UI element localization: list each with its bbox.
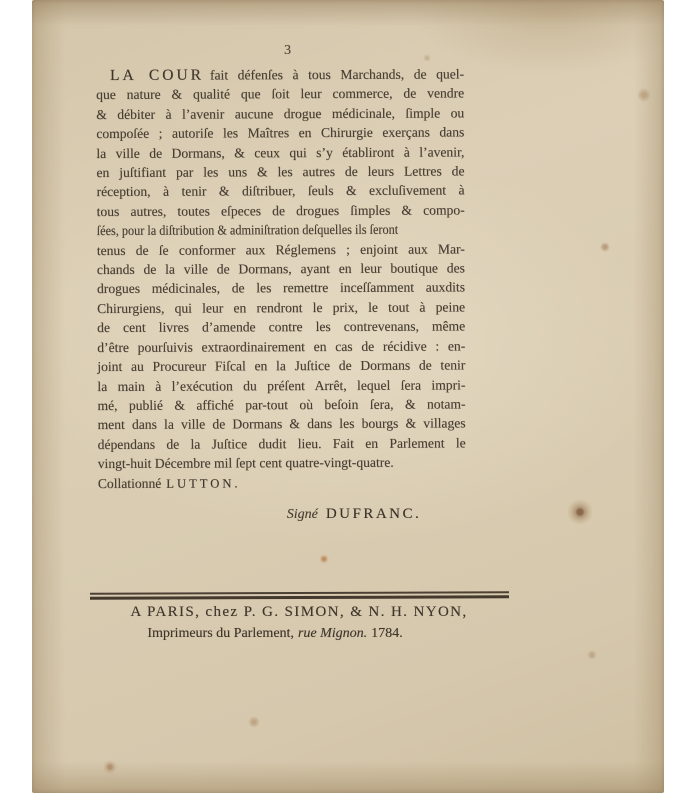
body-text-line: joint au Procureur Fiſcal en la Juſtice … xyxy=(97,355,465,376)
imprint-line1: A PARIS, chez P. G. SIMON, & N. H. NYON, xyxy=(58,604,540,621)
body-text-line: ment dans la ville de Dormans & dans les… xyxy=(98,414,466,435)
page-number: 3 xyxy=(284,43,291,59)
body-text: LA COURfait défenſes à tous Marchands, d… xyxy=(96,64,466,494)
body-text-line: compoſée ; autoriſe les Maîtres en Chiru… xyxy=(96,123,464,144)
body-text-line: vingt-huit Décembre mil ſept cent quatre… xyxy=(98,453,466,474)
signed-label: Signé xyxy=(287,507,318,522)
collation-label: Collationné xyxy=(98,475,162,490)
body-text-line: drogues médicinales, de les remettre inc… xyxy=(97,278,465,299)
body-text-line: la main à l’exécution du préſent Arrêt, … xyxy=(97,375,465,396)
body-text-line: que nature & qualité que ſoit leur comme… xyxy=(96,84,464,105)
opening-words: LA COUR xyxy=(110,67,204,84)
imprint-street-italic: rue Mignon. xyxy=(298,626,367,641)
collation-name: LUTTON. xyxy=(166,476,240,490)
body-text-line: de cent livres d’amende contre les contr… xyxy=(97,317,465,338)
body-text-line: mé, publié & affiché par-tout où beſoin … xyxy=(97,394,465,415)
signature-name: DUFRANC. xyxy=(326,506,421,522)
paper-page: 3 LA COURfait défenſes à tous Marchands,… xyxy=(32,0,664,793)
body-text-line: tenus de ſe conformer aux Réglemens ; en… xyxy=(97,239,465,260)
imprint-block: A PARIS, chez P. G. SIMON, & N. H. NYON,… xyxy=(58,604,540,642)
scan-background: 3 LA COURfait défenſes à tous Marchands,… xyxy=(0,0,700,800)
imprint-line2: Imprimeurs du Parlement,rue Mignon.1784. xyxy=(34,626,516,642)
body-text-line: ſées, pour la diſtribution & adminiſtrat… xyxy=(97,220,428,241)
body-text-line: la ville de Dormans, & ceux qui s’y étab… xyxy=(96,142,464,163)
body-text-line: réception, à tenir & diſtribuer, ſeuls &… xyxy=(97,181,465,202)
body-text-line: tous autres, toutes eſpeces de drogues ſ… xyxy=(97,200,465,221)
body-text-line: Chirurgiens, qui leur en rendront le pri… xyxy=(97,297,465,318)
body-text-line: & débiter à l’avenir aucune drogue médic… xyxy=(96,103,464,124)
body-lines-list: que nature & qualité que ſoit leur comme… xyxy=(96,84,466,474)
body-text-line: d’être pourſuivis extraordinairement en … xyxy=(97,336,465,357)
body-text-line: chands de la ville de Dormans, ayant en … xyxy=(97,258,465,279)
opening-line: LA COURfait défenſes à tous Marchands, d… xyxy=(96,64,464,85)
first-line-text: fait défenſes à tous Marchands, de quel- xyxy=(210,66,464,82)
collation-line: CollationnéLUTTON. xyxy=(98,472,466,494)
imprint-printer-text: Imprimeurs du Parlement, xyxy=(147,626,294,641)
body-text-line: en juſtifiant par les uns & les autres d… xyxy=(96,161,464,182)
body-text-line: dépendans de la Juſtice dudit lieu. Fait… xyxy=(98,433,466,454)
divider-double-rule xyxy=(90,591,509,599)
signature-line: SignéDUFRANC. xyxy=(38,505,670,523)
imprint-year: 1784. xyxy=(371,626,403,641)
